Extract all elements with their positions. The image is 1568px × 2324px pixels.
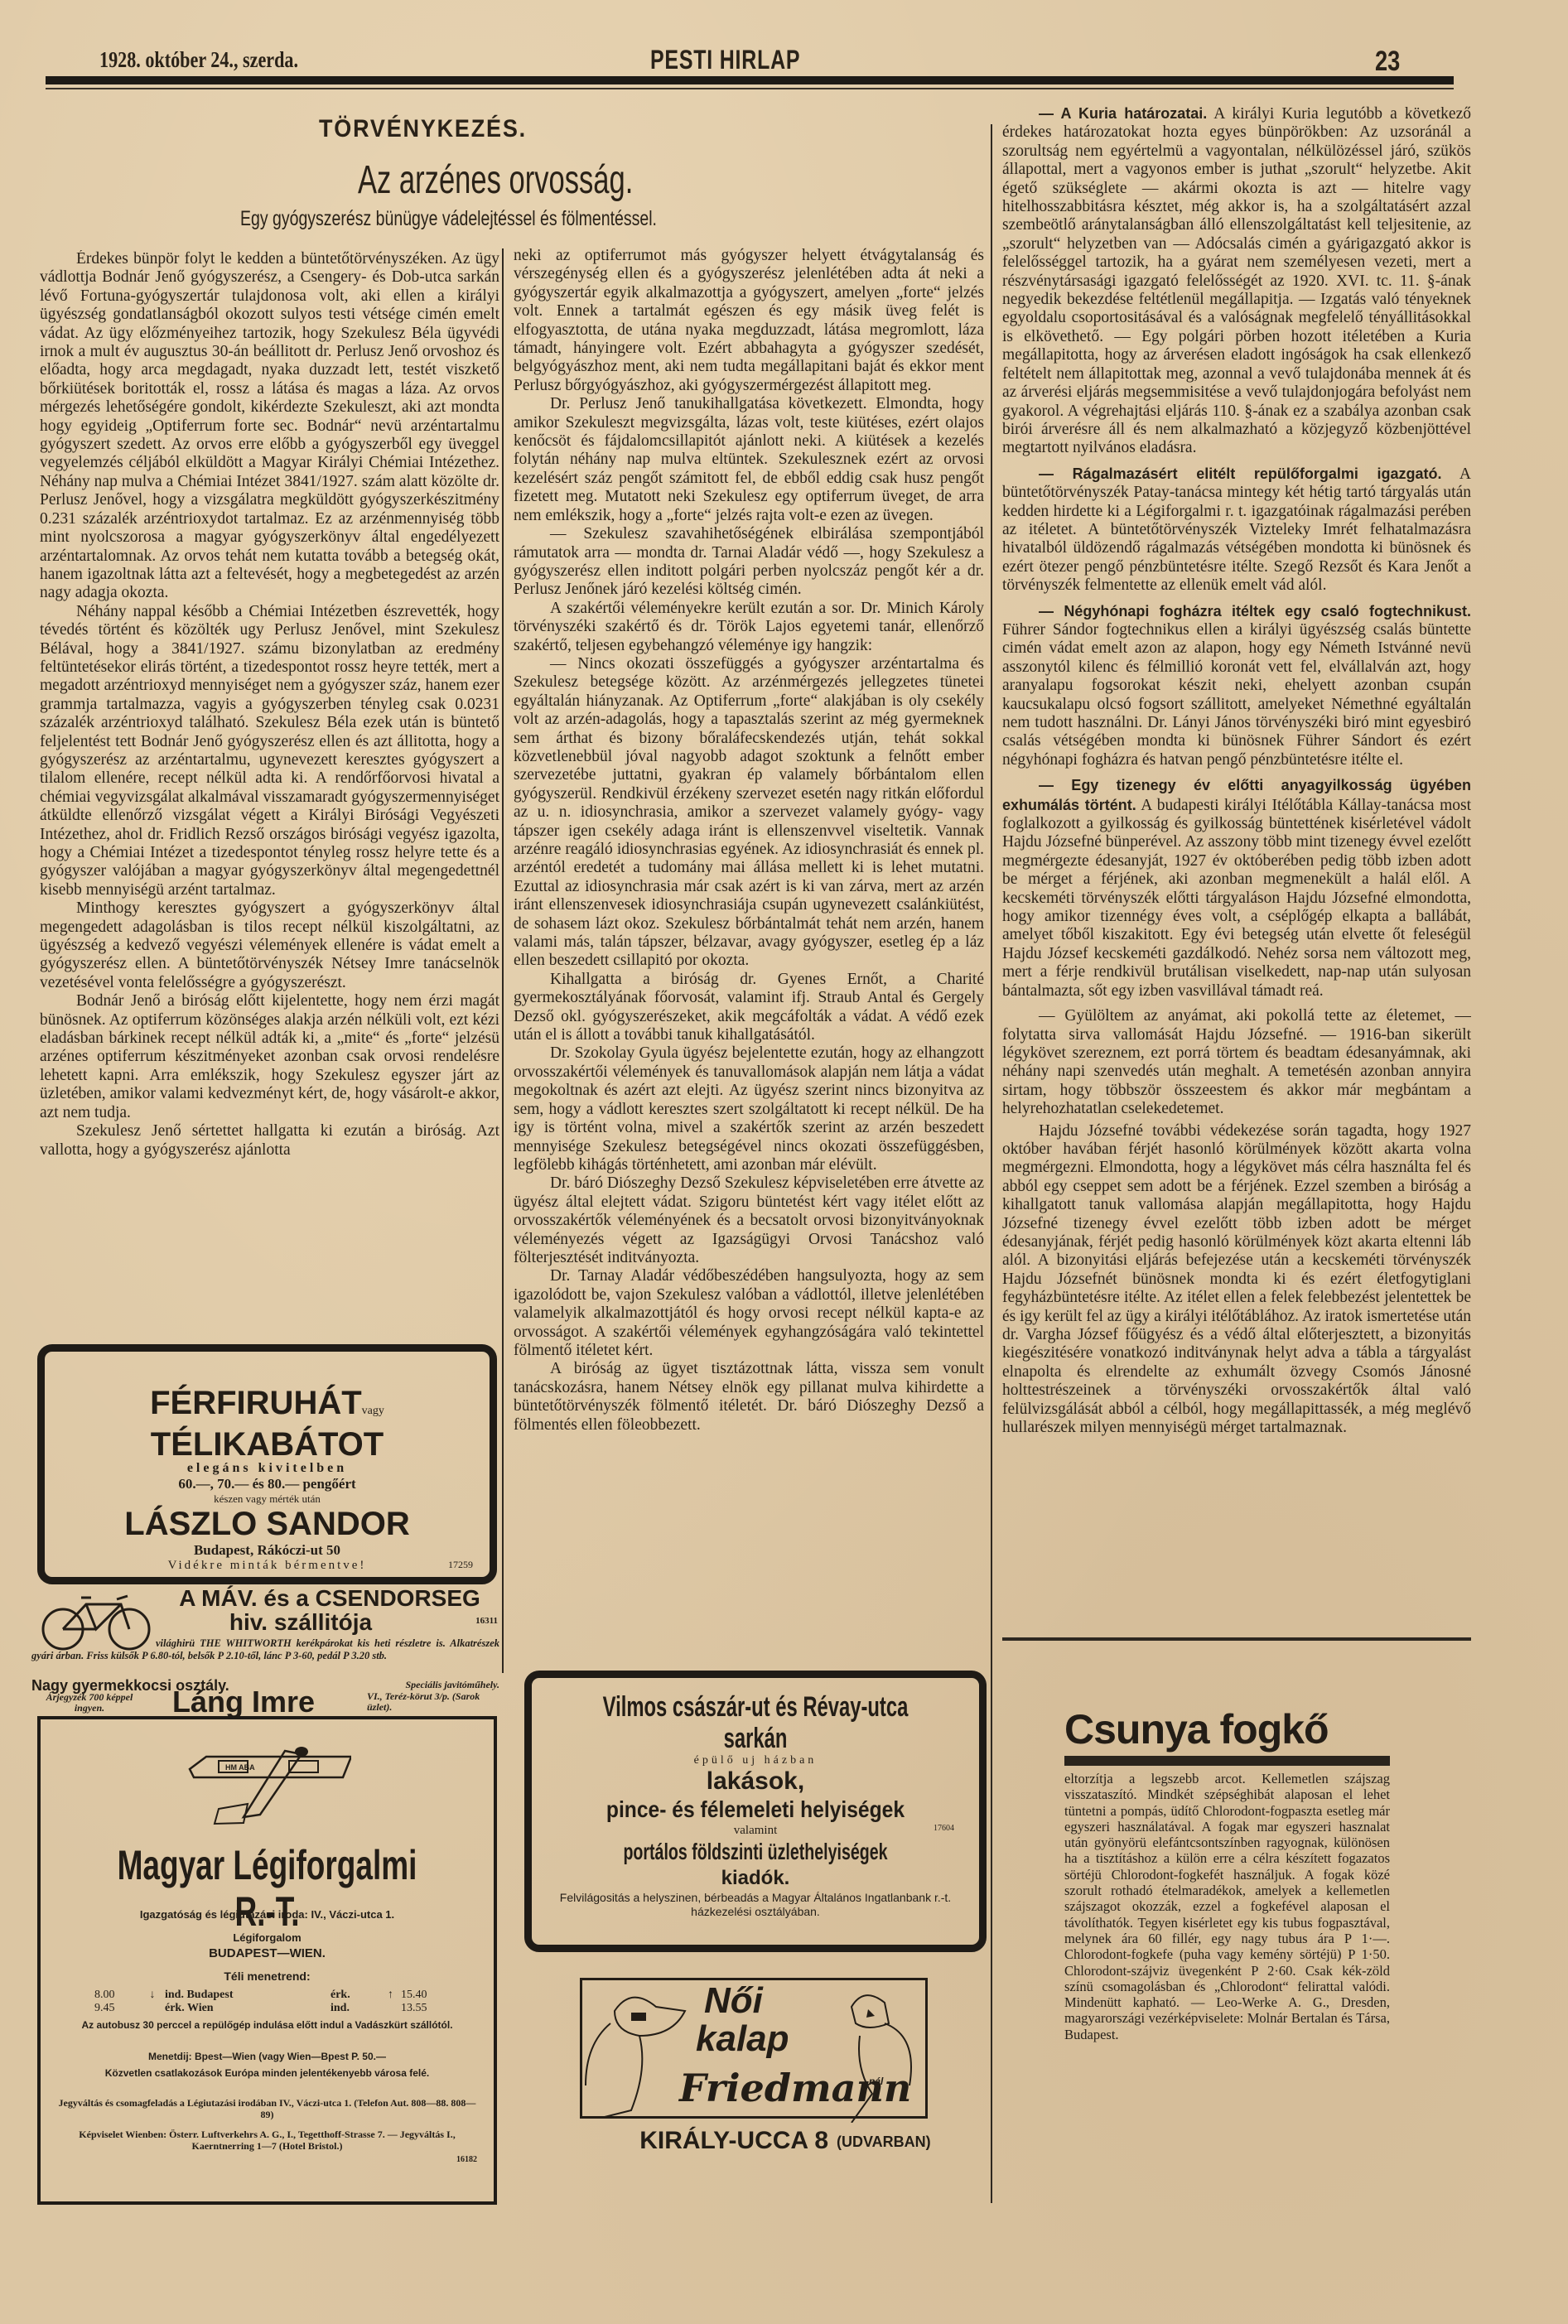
flight-schedule: 8.00 ↓ ind. Budapest érk. ↑ 15.40 9.45 é… <box>94 1989 451 2015</box>
ad-advertiser-name: Magyar Légiforgalmi R.-T. <box>99 1842 435 1935</box>
ad-line: lakások, <box>532 1767 979 1796</box>
news-heading: — Rágalmazásért elitélt repülőforgalmi i… <box>1039 465 1442 482</box>
ad-address-note: (UDVARBAN) <box>837 2134 931 2151</box>
ad-tickets: Jegyváltás és csomagfeladás a Légiutazás… <box>57 2097 477 2120</box>
ad-line: TÉLIKABÁTOT <box>45 1428 490 1461</box>
article-paragraph: Érdekes bünpör folyt le kedden a büntető… <box>40 250 499 603</box>
ad-line: kalap <box>696 2021 789 2057</box>
column-divider <box>502 248 504 1673</box>
arrow-down-icon: ↓ <box>140 1989 165 2002</box>
article-paragraph: — Szekulesz szavahihetőségének elbirálás… <box>514 525 984 600</box>
ad-fare: Menetdij: Bpest—Wien (vagy Wien—Bpest P.… <box>57 2051 477 2062</box>
newspaper-title: PESTI HIRLAP <box>650 45 800 75</box>
ad-code: 17259 <box>448 1559 473 1571</box>
article-subheadline: Egy gyógyszerész bünügye vádelejtéssel é… <box>240 207 657 231</box>
ad-legiforgalmi: HM ABA Magyar Légiforgalmi R.-T. Igazgat… <box>37 1716 497 2205</box>
article-paragraph: Dr. Tarnay Aladár védőbeszédében hangsul… <box>514 1267 984 1360</box>
ad-connections: Közvetlen csatlakozások Európa minden je… <box>57 2067 477 2079</box>
masthead-rule <box>46 76 1454 84</box>
ad-address: Budapest, Rákóczi-ut 50 <box>45 1542 490 1559</box>
news-heading: — A Kuria határozatai. <box>1039 105 1207 122</box>
news-item: — Négyhónapi fogházra itéltek egy csaló … <box>1002 602 1471 770</box>
ad-line: készen vagy mérték után <box>45 1492 490 1506</box>
article-headline: Az arzénes orvosság. <box>358 157 633 203</box>
ad-line: épülő uj házban <box>532 1754 979 1767</box>
column-divider <box>991 124 992 2203</box>
ad-line: valamint17604 <box>532 1824 979 1838</box>
ad-schedule-title: Téli menetrend: <box>41 1970 494 1983</box>
article-paragraph: A biróság az ügyet tisztázottnak látta, … <box>514 1360 984 1434</box>
ad-laszlo-sandor: FÉRFIRUHÁTvagy TÉLIKABÁTOT elegáns kivit… <box>37 1344 497 1584</box>
article-paragraph: Dr. Szokolay Gyula ügyész bejelentette e… <box>514 1044 984 1174</box>
article-paragraph: Minthogy keresztes gyógyszert a gyógysze… <box>40 899 499 992</box>
article-paragraph: Bodnár Jenő a biróság előtt kijelentette… <box>40 992 499 1122</box>
ad-advertiser-name: Friedmann <box>679 2067 911 2109</box>
ad-line: Speciális javitóműhely. <box>405 1679 499 1691</box>
ad-line: pince- és félemeleti helyiségek <box>558 1796 952 1824</box>
ad-advertiser-name: Láng Imre <box>172 1687 315 1717</box>
ad-code: 16182 <box>456 2155 477 2164</box>
news-body: A budapesti királyi Itélőtábla Kállay-ta… <box>1002 797 1471 1000</box>
news-item: — Rágalmazásért elitélt repülőforgalmi i… <box>1002 465 1471 595</box>
ad-route: BUDAPEST—WIEN. <box>41 1946 494 1960</box>
ad-real-estate: Vilmos császár-ut és Révay-utca sarkán é… <box>524 1671 987 1952</box>
news-body: A királyi Kuria legutóbb a következő érd… <box>1002 105 1471 456</box>
ad-headline: Csunya fogkő <box>1064 1706 1390 1753</box>
ad-chlorodont: Csunya fogkő eltorzítja a legszebb arcot… <box>1064 1706 1390 2120</box>
news-body: — Gyülöltem az anyámat, aki pokollá tett… <box>1002 1007 1471 1117</box>
news-column-right: — A Kuria határozatai. A királyi Kuria l… <box>1002 104 1471 1633</box>
article-paragraph: Dr. báró Diószeghy Dezső Szekulesz képvi… <box>514 1174 984 1267</box>
article-column-left: Érdekes bünpör folyt le kedden a büntető… <box>40 250 499 1343</box>
page-number: 23 <box>1375 46 1400 78</box>
section-title: TÖRVÉNYKEZÉS. <box>319 115 527 143</box>
ad-line: portálos földszinti üzlethelyiségek <box>599 1838 912 1866</box>
news-heading: — Négyhónapi fogházra itéltek egy csaló … <box>1039 603 1471 620</box>
ad-bus-note: Az autobusz 30 perccel a repülőgép indul… <box>57 2019 477 2031</box>
schedule-row: 8.00 ↓ ind. Budapest érk. ↑ 15.40 <box>94 1989 451 2002</box>
news-body: Hajdu Józsefné további védekezése során … <box>1002 1122 1471 1437</box>
ad-subheadline: hiv. szállitója <box>160 1610 441 1635</box>
ad-office: Igazgatóság és légiutazási iroda: IV., V… <box>41 1908 494 1921</box>
article-paragraph: neki az optiferrumot más gyógyszer helye… <box>514 247 984 395</box>
ad-line: Árjegyzék 700 képpel ingyen. <box>31 1692 147 1714</box>
article-paragraph: — Nincs okozati összefüggés a gyógyszer … <box>514 655 984 971</box>
ad-body: világhirü THE WHITWORTH kerékpárokat kis… <box>31 1637 499 1662</box>
news-item: Hajdu Józsefné további védekezése során … <box>1002 1122 1471 1438</box>
ad-address: VI., Teréz-körut 3/p. (Sarok üzlet). <box>367 1691 499 1713</box>
ad-line: FÉRFIRUHÁTvagy <box>45 1386 490 1428</box>
article-paragraph: A szakértői véleményekre került ezután a… <box>514 600 984 655</box>
ad-friedmann: Női kalap Friedmann -nál KIRÁLY-UCCA 8 (… <box>580 1978 928 2168</box>
news-item: — Gyülöltem az anyámat, aki pokollá tett… <box>1002 1007 1471 1118</box>
news-body: A büntetőtörvényszék Patay-tanácsa minte… <box>1002 465 1471 594</box>
ad-headline-rule <box>1064 1756 1390 1766</box>
ad-advertiser-name: LÁSZLO SANDOR <box>45 1506 490 1542</box>
ad-headline: Vilmos császár-ut és Révay-utca sarkán <box>599 1691 912 1754</box>
arrow-up-icon: ↑ <box>380 1989 401 2002</box>
ad-address: KIRÁLY-UCCA 8 <box>580 2127 828 2155</box>
issue-date: 1928. október 24., szerda. <box>99 47 298 73</box>
ad-body: eltorzítja a legszebb arcot. Kellemetlen… <box>1064 1771 1390 2042</box>
ad-line: Vidékre minták bérmentve!17259 <box>45 1559 490 1573</box>
masthead-rule-thin <box>46 88 1454 89</box>
ad-code: 17604 <box>934 1824 954 1833</box>
ad-code: 16311 <box>475 1616 498 1626</box>
ad-footer: Felvilágositás a helyszinen, bérbeadás a… <box>532 1891 979 1919</box>
ad-line: elegáns kivitelben <box>45 1461 490 1476</box>
section-end-rule <box>1002 1637 1471 1641</box>
ad-headline: A MÁV. és a CSENDORSEG <box>160 1586 499 1611</box>
article-paragraph: Szekulesz Jenő sértettet hallgatta ki ez… <box>40 1122 499 1160</box>
ad-line: Női <box>704 1983 763 2019</box>
schedule-row: 9.45 érk. Wien ind. 13.55 <box>94 2002 451 2015</box>
ad-line: Légiforgalom <box>41 1931 494 1944</box>
woman-with-hat-icon <box>581 1986 689 2119</box>
news-body: Führer Sándor fogtechnikus ellen a királ… <box>1002 621 1471 769</box>
news-item: — A Kuria határozatai. A királyi Kuria l… <box>1002 104 1471 458</box>
news-item: — Egy tizenegy év előtti anyagyilkosság … <box>1002 776 1471 1000</box>
ad-vienna-office: Képviselet Wienben: Österr. Luftverkehrs… <box>57 2129 477 2152</box>
article-paragraph: Dr. Perlusz Jenő tanukihallgatása követk… <box>514 395 984 525</box>
ad-price: 60.—, 70.— és 80.— pengőért <box>45 1476 490 1492</box>
svg-text:HM ABA: HM ABA <box>225 1763 255 1772</box>
article-column-middle: neki az optiferrumot más gyógyszer helye… <box>514 247 984 1661</box>
airplane-icon: HM ABA <box>186 1744 351 1827</box>
article-paragraph: Néhány nappal később a Chémiai Intézetbe… <box>40 603 499 900</box>
ad-line: -nál <box>866 2076 883 2087</box>
ad-line: kiadók. <box>532 1866 979 1891</box>
article-paragraph: Kihallgatta a biróság dr. Gyenes Ernőt, … <box>514 971 984 1045</box>
ad-lang-imre: A MÁV. és a CSENDORSEG hiv. szállitója 1… <box>31 1586 499 1710</box>
